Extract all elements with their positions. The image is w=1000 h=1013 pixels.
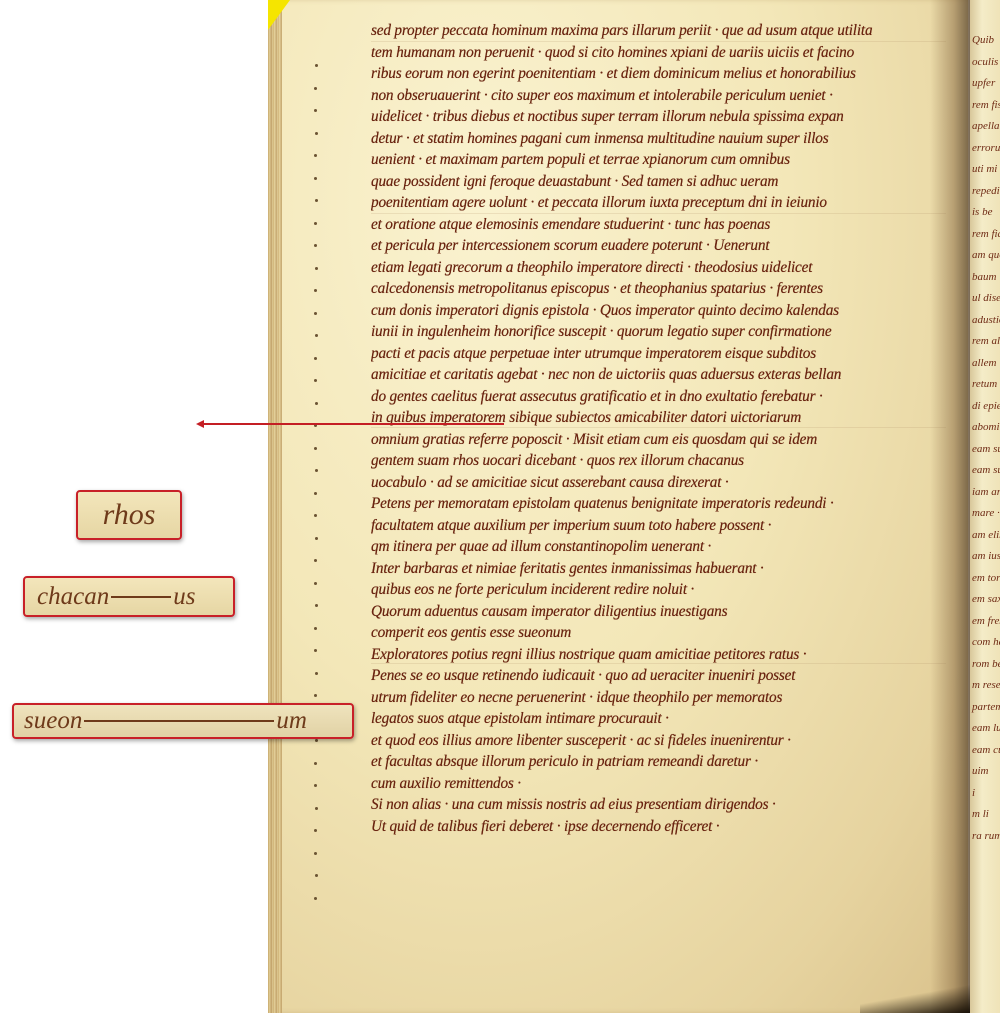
prick-mark [315, 807, 318, 810]
prick-mark [314, 379, 317, 382]
manuscript-line: quibus eos ne forte periculum inciderent… [371, 579, 966, 601]
manuscript-line: cum auxilio remittendos · [371, 773, 966, 795]
facing-page-fragment: rem fis [970, 95, 1000, 117]
manuscript-line: Exploratores potius regni illius nostriq… [371, 644, 966, 666]
facing-page-fragment: iam ard [970, 482, 1000, 504]
page-binding-edge [268, 0, 282, 1013]
facing-page-fragment: baum [970, 267, 1000, 289]
manuscript-line: Ut quid de talibus fieri deberet · ipse … [371, 816, 966, 838]
facing-page-fragment: am iusti [970, 546, 1000, 568]
manuscript-line: et pericula per intercessionem scorum eu… [371, 235, 966, 257]
prick-mark [315, 604, 318, 607]
callout-chacanus-end: us [173, 583, 195, 611]
manuscript-line: Penes se eo usque retinendo iudicauit · … [371, 665, 966, 687]
manuscript-line: omnium gratias referre poposcit · Misit … [371, 429, 966, 451]
facing-page-fragment: di epien [970, 396, 1000, 418]
manuscript-line: cum donis imperatori dignis epistola · Q… [371, 300, 966, 322]
manuscript-line: Quorum aduentus causam imperator diligen… [371, 601, 966, 623]
manuscript-line: qm itinera per quae ad illum constantino… [371, 536, 966, 558]
manuscript-line: iunii in ingulenheim honorifice suscepit… [371, 321, 966, 343]
manuscript-line: etiam legati grecorum a theophilo impera… [371, 257, 966, 279]
manuscript-line: et facultas absque illorum periculo in p… [371, 751, 966, 773]
prick-mark [315, 132, 318, 135]
prick-mark [315, 874, 318, 877]
facing-page-fragment: am quo [970, 245, 1000, 267]
callout-arrow-line [202, 423, 504, 425]
manuscript-line: in quibus imperatorem sibique subiectos … [371, 407, 966, 429]
manuscript-line: facultatem atque auxilium per imperium s… [371, 515, 966, 537]
facing-page-fragment: com ha [970, 632, 1000, 654]
prick-mark [314, 582, 317, 585]
facing-page-fragment: errorum [970, 138, 1000, 160]
callout-sueonum-end: um [276, 707, 307, 735]
prick-mark [314, 559, 317, 562]
facing-page-fragment: em torn [970, 568, 1000, 590]
prick-mark [314, 762, 317, 765]
prick-mark [314, 177, 317, 180]
prick-mark [314, 627, 317, 630]
prick-mark [314, 109, 317, 112]
facing-page-fragment: ra rum [970, 826, 1000, 848]
facing-page-fragment: rem ale [970, 331, 1000, 353]
prick-mark [314, 649, 317, 652]
facing-page-fragment: upfer [970, 73, 1000, 95]
manuscript-line: quae possident igni feroque deuastabunt … [371, 171, 966, 193]
facing-page-fragment: m rese [970, 675, 1000, 697]
manuscript-line: tem humanam non peruenit · quod si cito … [371, 42, 966, 64]
facing-page-fragment: ul diseri [970, 288, 1000, 310]
prick-mark [314, 222, 317, 225]
prick-mark [314, 514, 317, 517]
facing-page-fragment: repedi [970, 181, 1000, 203]
facing-page-fragment: adustior [970, 310, 1000, 332]
manuscript-line: uocabulo · ad se amicitiae sicut assereb… [371, 472, 966, 494]
prick-mark [314, 244, 317, 247]
prick-mark [314, 829, 317, 832]
manuscript-line: gentem suam rhos uocari dicebant · quos … [371, 450, 966, 472]
manuscript-line: uidelicet · tribus diebus et noctibus su… [371, 106, 966, 128]
prick-mark [314, 492, 317, 495]
manuscript-line: non obseruauerint · cito super eos maxim… [371, 85, 966, 107]
prick-mark [315, 199, 318, 202]
abbreviation-stroke [111, 596, 171, 598]
facing-page-fragment: eam sue [970, 460, 1000, 482]
callout-rhos: rhos [76, 490, 182, 540]
prick-mark [314, 289, 317, 292]
manuscript-line: detur · et statim homines pagani cum inm… [371, 128, 966, 150]
facing-page-fragment: oculis a [970, 52, 1000, 74]
facing-page-fragment: partem [970, 697, 1000, 719]
manuscript-line: amicitiae et caritatis agebat · nec non … [371, 364, 966, 386]
facing-page-edge: Quiboculis aupferrem fisapellarerrorumut… [970, 0, 1000, 1013]
callout-chacanus-start: chacan [37, 583, 109, 611]
prick-mark [315, 739, 318, 742]
facing-page-fragment: rom be [970, 654, 1000, 676]
manuscript-line: calcedonensis metropolitanus episcopus ·… [371, 278, 966, 300]
facing-page-fragment: retum [970, 374, 1000, 396]
facing-page-fragment: is be [970, 202, 1000, 224]
manuscript-text: sed propter peccata hominum maxima pars … [371, 20, 966, 837]
facing-page-fragment: apellar [970, 116, 1000, 138]
facing-page-fragment: em saxon [970, 589, 1000, 611]
arrow-head-icon [196, 420, 204, 428]
callout-chacanus: chacan us [23, 576, 235, 617]
prick-mark [315, 672, 318, 675]
gutter-shadow [930, 0, 970, 1013]
facing-page-fragment: mare · [970, 503, 1000, 525]
manuscript-line: pacti et pacis atque perpetuae inter utr… [371, 343, 966, 365]
manuscript-line: ribus eorum non egerint poenitentiam · e… [371, 63, 966, 85]
facing-page-fragment: eam cu [970, 740, 1000, 762]
prick-mark [314, 87, 317, 90]
prick-mark [314, 447, 317, 450]
manuscript-line: sed propter peccata hominum maxima pars … [371, 20, 966, 42]
facing-page-fragment: uim [970, 761, 1000, 783]
manuscript-line: poenitentiam agere uolunt · et peccata i… [371, 192, 966, 214]
prick-mark [315, 64, 318, 67]
callout-sueonum-start: sueon [24, 707, 82, 735]
corner-tab [268, 0, 290, 30]
prick-mark [314, 357, 317, 360]
facing-page-fragment: em fresi [970, 611, 1000, 633]
facing-page-fragment: m li [970, 804, 1000, 826]
manuscript-line: legatos suos atque epistolam intimare pr… [371, 708, 966, 730]
prick-mark [315, 267, 318, 270]
prick-mark [314, 312, 317, 315]
manuscript-line: utrum fideliter eo necne peruenerint · i… [371, 687, 966, 709]
facing-page-fragment: allem [970, 353, 1000, 375]
facing-page-fragment: am elisat [970, 525, 1000, 547]
abbreviation-stroke [84, 720, 274, 722]
manuscript-line: uenient · et maximam partem populi et te… [371, 149, 966, 171]
manuscript-line: Petens per memoratam epistolam quatenus … [371, 493, 966, 515]
prick-mark [314, 897, 317, 900]
manuscript-line: comperit eos gentis esse sueonum [371, 622, 966, 644]
prick-mark [314, 154, 317, 157]
facing-page-fragment: Quib [970, 30, 1000, 52]
facing-page-fragment: uti mi [970, 159, 1000, 181]
prick-mark [315, 402, 318, 405]
manuscript-line: Si non alias · una cum missis nostris ad… [371, 794, 966, 816]
manuscript-line: do gentes caelitus fuerat assecutus grat… [371, 386, 966, 408]
prick-mark [315, 334, 318, 337]
manuscript-line: et quod eos illius amore libenter suscep… [371, 730, 966, 752]
callout-rhos-text: rhos [103, 498, 156, 532]
manuscript-line: Inter barbaras et nimiae feritatis gente… [371, 558, 966, 580]
prick-mark [315, 469, 318, 472]
facing-page-fragment: eam suo [970, 439, 1000, 461]
prick-mark [314, 852, 317, 855]
bottom-shadow [860, 985, 970, 1013]
prick-mark [314, 784, 317, 787]
facing-page-fragment: eam lu [970, 718, 1000, 740]
prick-mark [315, 537, 318, 540]
manuscript-line: et oratione atque elemosinis emendare st… [371, 214, 966, 236]
callout-sueonum: sueon um [12, 703, 354, 739]
facing-page-fragment: abomirar [970, 417, 1000, 439]
facing-page-fragment: i [970, 783, 1000, 805]
prick-mark [314, 694, 317, 697]
facing-page-fragment: rem fid [970, 224, 1000, 246]
